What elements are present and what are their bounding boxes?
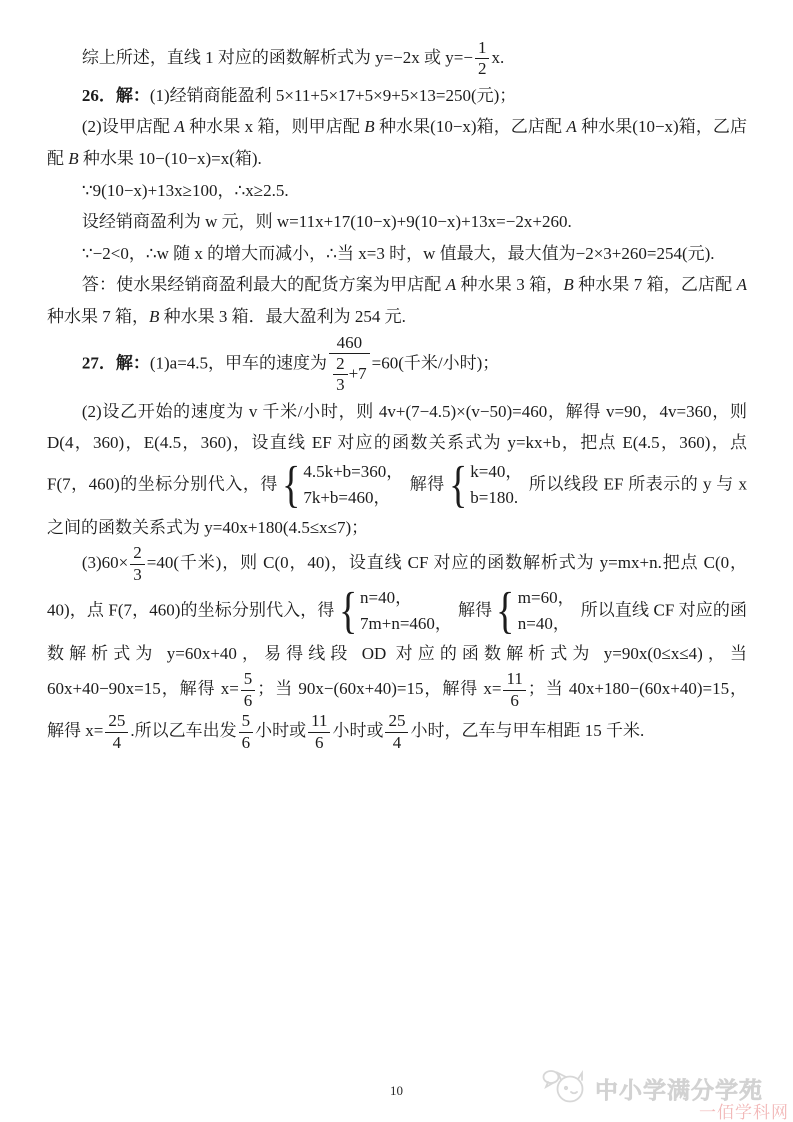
fraction-numerator: 11: [308, 711, 330, 732]
text-run: B: [364, 117, 374, 136]
fraction: 23: [333, 354, 348, 396]
system-rows: n=40，7m+n=460，: [360, 585, 452, 638]
text-run: B: [149, 307, 159, 326]
system-row: b=180.: [470, 485, 522, 511]
equation-system: {m=60，n=40，: [493, 585, 574, 638]
text-run: ∵9(10−x)+13x≥100，∴x≥2.5.: [82, 181, 289, 200]
text-run: A: [566, 117, 576, 136]
fraction-denominator: 6: [308, 733, 330, 753]
paragraph: 设经销商盈利为 w 元，则 w=11x+17(10−x)+9(10−x)+13x…: [47, 206, 747, 238]
fraction: 12: [475, 38, 490, 80]
text-run: B: [68, 149, 78, 168]
text-run: 3: [336, 375, 345, 394]
fraction: 116: [503, 669, 525, 711]
text-run: .所以乙车出发: [130, 721, 236, 740]
fraction-denominator: 23+7: [329, 354, 370, 396]
fraction-denominator: 6: [239, 733, 254, 753]
text-run: x.: [491, 48, 504, 67]
brace-icon: {: [282, 464, 300, 507]
text-run: 种水果 x 箱，则甲店配: [185, 117, 364, 136]
fraction-denominator: 4: [105, 733, 128, 753]
document-page: 综上所述，直线 1 对应的函数解析式为 y=−2x 或 y=−12x.26．解：…: [0, 0, 793, 1122]
paragraph: (3)60×23=40(千米)，则 C(0，40)，设直线 CF 对应的函数解析…: [47, 543, 747, 753]
brace-icon: {: [339, 590, 357, 633]
text-run: 6: [315, 733, 324, 752]
text-run: 5: [242, 711, 251, 730]
fraction: 254: [385, 711, 408, 753]
fraction-denominator: 6: [503, 691, 525, 711]
fraction: 254: [105, 711, 128, 753]
text-run: 1: [478, 38, 487, 57]
fraction-numerator: 11: [503, 669, 525, 690]
text-run: 6: [244, 691, 253, 710]
fraction-denominator: 3: [130, 565, 145, 585]
fraction-numerator: 460: [329, 333, 370, 354]
paragraph: 26．解：(1)经销商能盈利 5×11+5×17+5×9+5×13=250(元)…: [47, 80, 747, 112]
text-run: 小时，乙车与甲车相距 15 千米.: [410, 721, 644, 740]
fraction-numerator: 5: [241, 669, 256, 690]
text-run: 3: [133, 565, 142, 584]
text-run: A: [446, 275, 456, 294]
fraction: 56: [241, 669, 256, 711]
text-run: (3)60×: [82, 553, 128, 572]
text-run: A: [174, 117, 184, 136]
fraction-numerator: 25: [105, 711, 128, 732]
text-run: 27．解：: [82, 353, 150, 372]
brand-logo-icon: [542, 1068, 588, 1109]
text-run: 解得: [409, 474, 445, 493]
system-row: 4.5k+b=360，: [303, 459, 403, 485]
text-run: (2)设甲店配: [82, 117, 175, 136]
text-run: 解得: [458, 600, 492, 619]
paragraph: ∵9(10−x)+13x≥100，∴x≥2.5.: [47, 175, 747, 207]
system-row: 7m+n=460，: [360, 611, 452, 637]
text-run: ；当 90x−(60x+40)=15，解得 x=: [257, 679, 501, 698]
paragraph: 答：使水果经销商盈利最大的配货方案为甲店配 A 种水果 3 箱，B 种水果 7 …: [47, 269, 747, 332]
text-run: ∵−2<0，∴w 随 x 的增大而减小，∴当 x=3 时，w 值最大，最大值为−…: [82, 244, 715, 263]
paragraph: ∵−2<0，∴w 随 x 的增大而减小，∴当 x=3 时，w 值最大，最大值为−…: [47, 238, 747, 270]
system-row: k=40，: [470, 459, 522, 485]
brace-icon: {: [449, 464, 467, 507]
equation-system: {k=40，b=180.: [446, 459, 523, 512]
fraction-denominator: 6: [241, 691, 256, 711]
fraction-numerator: 25: [385, 711, 408, 732]
text-run: 种水果 7 箱，乙店配: [574, 275, 737, 294]
text-run: 设经销商盈利为 w 元，则 w=11x+17(10−x)+9(10−x)+13x…: [82, 212, 572, 231]
text-run: 4: [393, 733, 402, 752]
text-run: 11: [311, 711, 327, 730]
fraction-denominator: 3: [333, 375, 348, 395]
system-rows: k=40，b=180.: [470, 459, 522, 512]
text-run: 460: [337, 333, 363, 352]
paragraph: (2)设乙开始的速度为 v 千米/小时，则 4v+(7−4.5)×(v−50)=…: [47, 396, 747, 544]
text-run: 种水果 3 箱．最大盈利为 254 元.: [159, 307, 406, 326]
fraction-numerator: 2: [130, 543, 145, 564]
text-run: 综上所述，直线 1 对应的函数解析式为 y=−2x 或 y=−: [82, 48, 473, 67]
text-run: 6: [510, 691, 519, 710]
text-run: 答：使水果经销商盈利最大的配货方案为甲店配: [82, 275, 446, 294]
text-run: B: [563, 275, 573, 294]
fraction-numerator: 2: [333, 354, 348, 375]
document-body: 综上所述，直线 1 对应的函数解析式为 y=−2x 或 y=−12x.26．解：…: [47, 38, 747, 753]
fraction-numerator: 1: [475, 38, 490, 59]
system-row: m=60，: [518, 585, 575, 611]
text-run: 2: [478, 59, 487, 78]
text-run: 25: [108, 711, 125, 730]
brace-icon: {: [496, 590, 514, 633]
fraction: 56: [239, 711, 254, 753]
text-run: (1)a=4.5，甲车的速度为: [150, 353, 327, 372]
fraction: 116: [308, 711, 330, 753]
system-rows: m=60，n=40，: [518, 585, 575, 638]
text-run: 种水果 3 箱，: [456, 275, 563, 294]
system-row: n=40，: [518, 611, 575, 637]
text-run: =60(千米/小时)；: [372, 353, 500, 372]
text-run: 25: [388, 711, 405, 730]
system-row: 7k+b=460，: [303, 485, 403, 511]
paragraph: 综上所述，直线 1 对应的函数解析式为 y=−2x 或 y=−12x.: [47, 38, 747, 80]
text-run: +7: [349, 364, 367, 383]
text-run: 种水果 10−(10−x)=x(箱).: [79, 149, 262, 168]
text-run: 2: [336, 354, 345, 373]
system-rows: 4.5k+b=360，7k+b=460，: [303, 459, 403, 512]
paragraph: (2)设甲店配 A 种水果 x 箱，则甲店配 B 种水果(10−x)箱，乙店配 …: [47, 111, 747, 174]
equation-system: {n=40，7m+n=460，: [336, 585, 452, 638]
fraction: 23: [130, 543, 145, 585]
text-run: 小时或: [332, 721, 383, 740]
fraction-numerator: 5: [239, 711, 254, 732]
text-run: 4: [113, 733, 122, 752]
equation-system: {4.5k+b=360，7k+b=460，: [279, 459, 403, 512]
text-run: A: [737, 275, 747, 294]
system-row: n=40，: [360, 585, 452, 611]
fraction-denominator: 2: [475, 59, 490, 79]
text-run: 小时或: [255, 721, 306, 740]
text-run: 种水果 7 箱，: [47, 307, 149, 326]
text-run: 种水果(10−x)箱，乙店配: [375, 117, 567, 136]
text-run: 5: [244, 669, 253, 688]
text-run: (1)经销商能盈利 5×11+5×17+5×9+5×13=250(元)；: [150, 86, 516, 105]
text-run: 11: [506, 669, 522, 688]
text-run: 26．解：: [82, 86, 150, 105]
fraction: 46023+7: [329, 333, 370, 396]
watermark-text: 一佰学科网: [699, 1098, 789, 1122]
text-run: 6: [242, 733, 251, 752]
text-run: 2: [133, 543, 142, 562]
paragraph: 27．解：(1)a=4.5，甲车的速度为46023+7=60(千米/小时)；: [47, 333, 747, 396]
fraction-denominator: 4: [385, 733, 408, 753]
